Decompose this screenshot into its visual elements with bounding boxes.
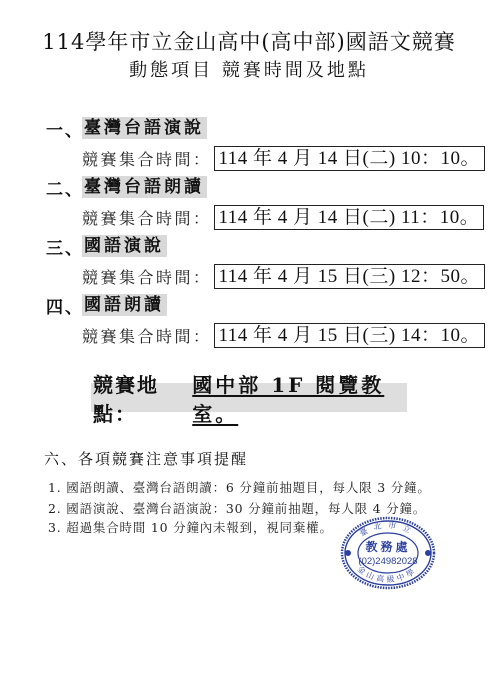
section-number: 一、 — [46, 116, 82, 141]
time-value-box: 114 年 4 月 15 日(三) 12：50。 — [214, 264, 485, 289]
section-heading-2: 二、 臺灣台語朗讀 — [46, 176, 207, 198]
seal-icon: 臺北市立 金山高級中學 教務處 (02)24982028 — [340, 516, 436, 590]
venue-value: 國中部 1F 閱覽教室。 — [192, 369, 407, 427]
section-name: 臺灣台語演說 — [82, 117, 207, 139]
time-value-box: 114 年 4 月 14 日(二) 10：10。 — [214, 146, 485, 171]
section-time-row-1: 競賽集合時間： 114 年 4 月 14 日(二) 10：10。 — [82, 146, 485, 171]
time-value-box: 114 年 4 月 14 日(二) 11：10。 — [214, 205, 485, 230]
note-item-2: 2. 國語演說、臺灣台語演說：30 分鐘前抽題，每人限 4 分鐘。 — [48, 499, 426, 517]
section-name: 臺灣台語朗讀 — [82, 176, 207, 198]
note-item-1: 1. 國語朗讀、臺灣台語朗讀：6 分鐘前抽題目，每人限 3 分鐘。 — [48, 478, 431, 496]
document-title-line1: 114學年市立金山高中(高中部)國語文競賽 — [0, 26, 498, 56]
time-label: 競賽集合時間： — [82, 147, 212, 170]
section-number: 二、 — [46, 175, 82, 200]
document-title-line2: 動態項目 競賽時間及地點 — [0, 56, 498, 82]
office-seal-stamp: 臺北市立 金山高級中學 教務處 (02)24982028 — [340, 516, 436, 590]
svg-text:臺北市立: 臺北市立 — [358, 520, 418, 538]
section-heading-4: 四、 國語朗讀 — [46, 294, 167, 316]
stamp-office: 教務處 — [364, 539, 410, 554]
time-label: 競賽集合時間： — [82, 206, 212, 229]
section-heading-1: 一、 臺灣台語演說 — [46, 117, 207, 139]
section-name: 國語朗讀 — [82, 294, 167, 316]
time-label: 競賽集合時間： — [82, 324, 212, 347]
stamp-phone: (02)24982028 — [358, 556, 417, 567]
section-time-row-4: 競賽集合時間： 114 年 4 月 15 日(三) 14：10。 — [82, 323, 485, 348]
venue-label: 競賽地點： — [91, 369, 192, 427]
section-time-row-3: 競賽集合時間： 114 年 4 月 15 日(三) 12：50。 — [82, 264, 485, 289]
time-value-box: 114 年 4 月 15 日(三) 14：10。 — [214, 323, 485, 348]
section-name: 國語演說 — [82, 235, 167, 257]
time-label: 競賽集合時間： — [82, 265, 212, 288]
note-item-3: 3. 超過集合時間 10 分鐘內未報到，視同棄權。 — [48, 518, 333, 536]
section-heading-3: 三、 國語演說 — [46, 235, 167, 257]
notes-heading: 六、各項競賽注意事項提醒 — [44, 448, 248, 469]
section-number: 三、 — [46, 234, 82, 259]
section-time-row-2: 競賽集合時間： 114 年 4 月 14 日(二) 11：10。 — [82, 205, 484, 230]
section-number: 四、 — [46, 293, 82, 318]
venue-line: 競賽地點： 國中部 1F 閱覽教室。 — [91, 383, 407, 412]
